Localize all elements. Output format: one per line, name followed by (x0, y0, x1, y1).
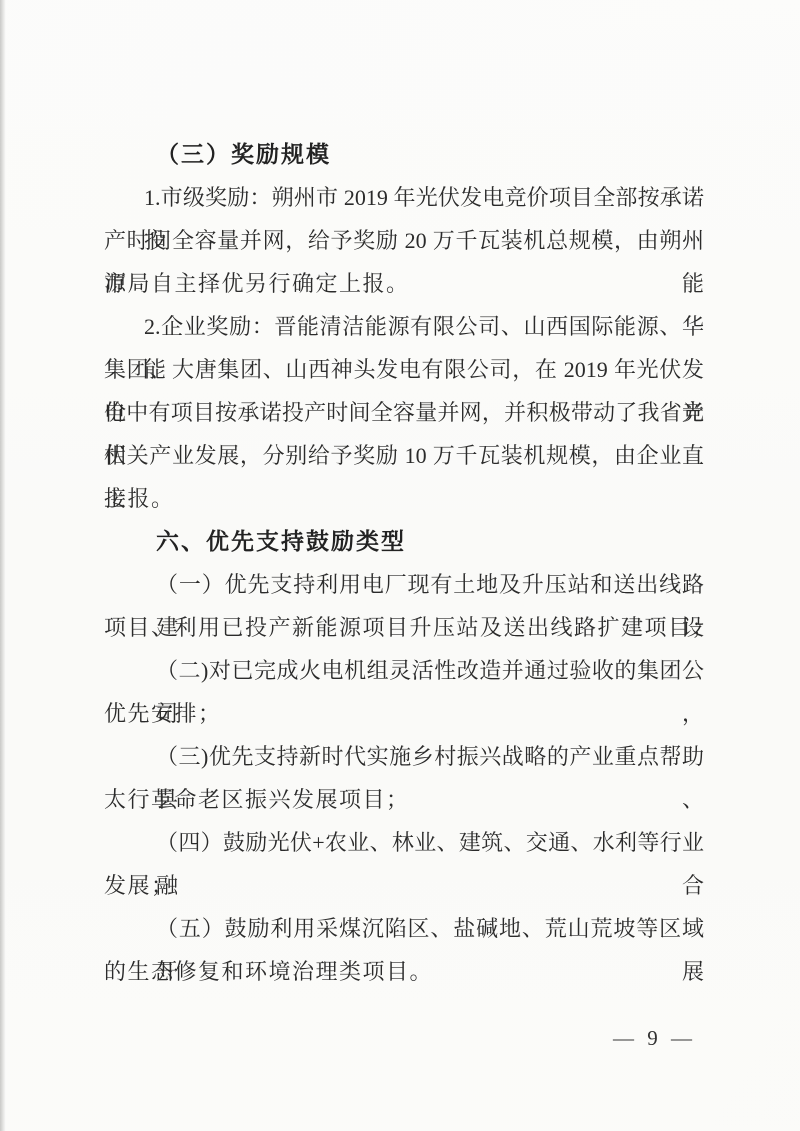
text-line: 集团、大唐集团、山西神头发电有限公司，在 2019 年光伏发电竞 (104, 348, 704, 391)
scan-left-edge-shadow (0, 0, 6, 1131)
text-line: （一）优先支持利用电厂现有土地及升压站和送出线路建设 (104, 563, 704, 606)
text-line: 1.市级奖励：朔州市 2019 年光伏发电竞价项目全部按承诺投 (104, 176, 704, 219)
text-line: （四）鼓励光伏+农业、林业、建筑、交通、水利等行业融合 (104, 821, 704, 864)
text-line: （五）鼓励利用采煤沉陷区、盐碱地、荒山荒坡等区域开展 (104, 907, 704, 950)
text-line: 2.企业奖励：晋能清洁能源有限公司、山西国际能源、华能 (104, 305, 704, 348)
page-number: — 9 — (613, 1026, 696, 1051)
section-heading-reward-scale: （三）奖励规模 (104, 133, 704, 176)
text-line: （三)优先支持新时代实施乡村振兴战略的产业重点帮助县、 (104, 735, 704, 778)
text-line: 相关产业发展，分别给予奖励 10 万千瓦装机规模，由企业直接 (104, 434, 704, 477)
text-line: 价中有项目按承诺投产时间全容量并网，并积极带动了我省光伏 (104, 391, 704, 434)
document-body: （三）奖励规模 1.市级奖励：朔州市 2019 年光伏发电竞价项目全部按承诺投 … (104, 133, 704, 993)
text-line: （二)对已完成火电机组灵活性改造并通过验收的集团公司， (104, 649, 704, 692)
section-heading-priority-support: 六、优先支持鼓励类型 (104, 520, 704, 563)
text-line: 产时间全容量并网，给予奖励 20 万千瓦装机总规模，由朔州市能 (104, 219, 704, 262)
text-line: 上报。 (104, 477, 704, 520)
text-line: 项目、利用已投产新能源项目升压站及送出线路扩建项目； (104, 606, 704, 649)
scanned-document-page: { "page": { "background": "#fdfdfc", "te… (0, 0, 800, 1131)
